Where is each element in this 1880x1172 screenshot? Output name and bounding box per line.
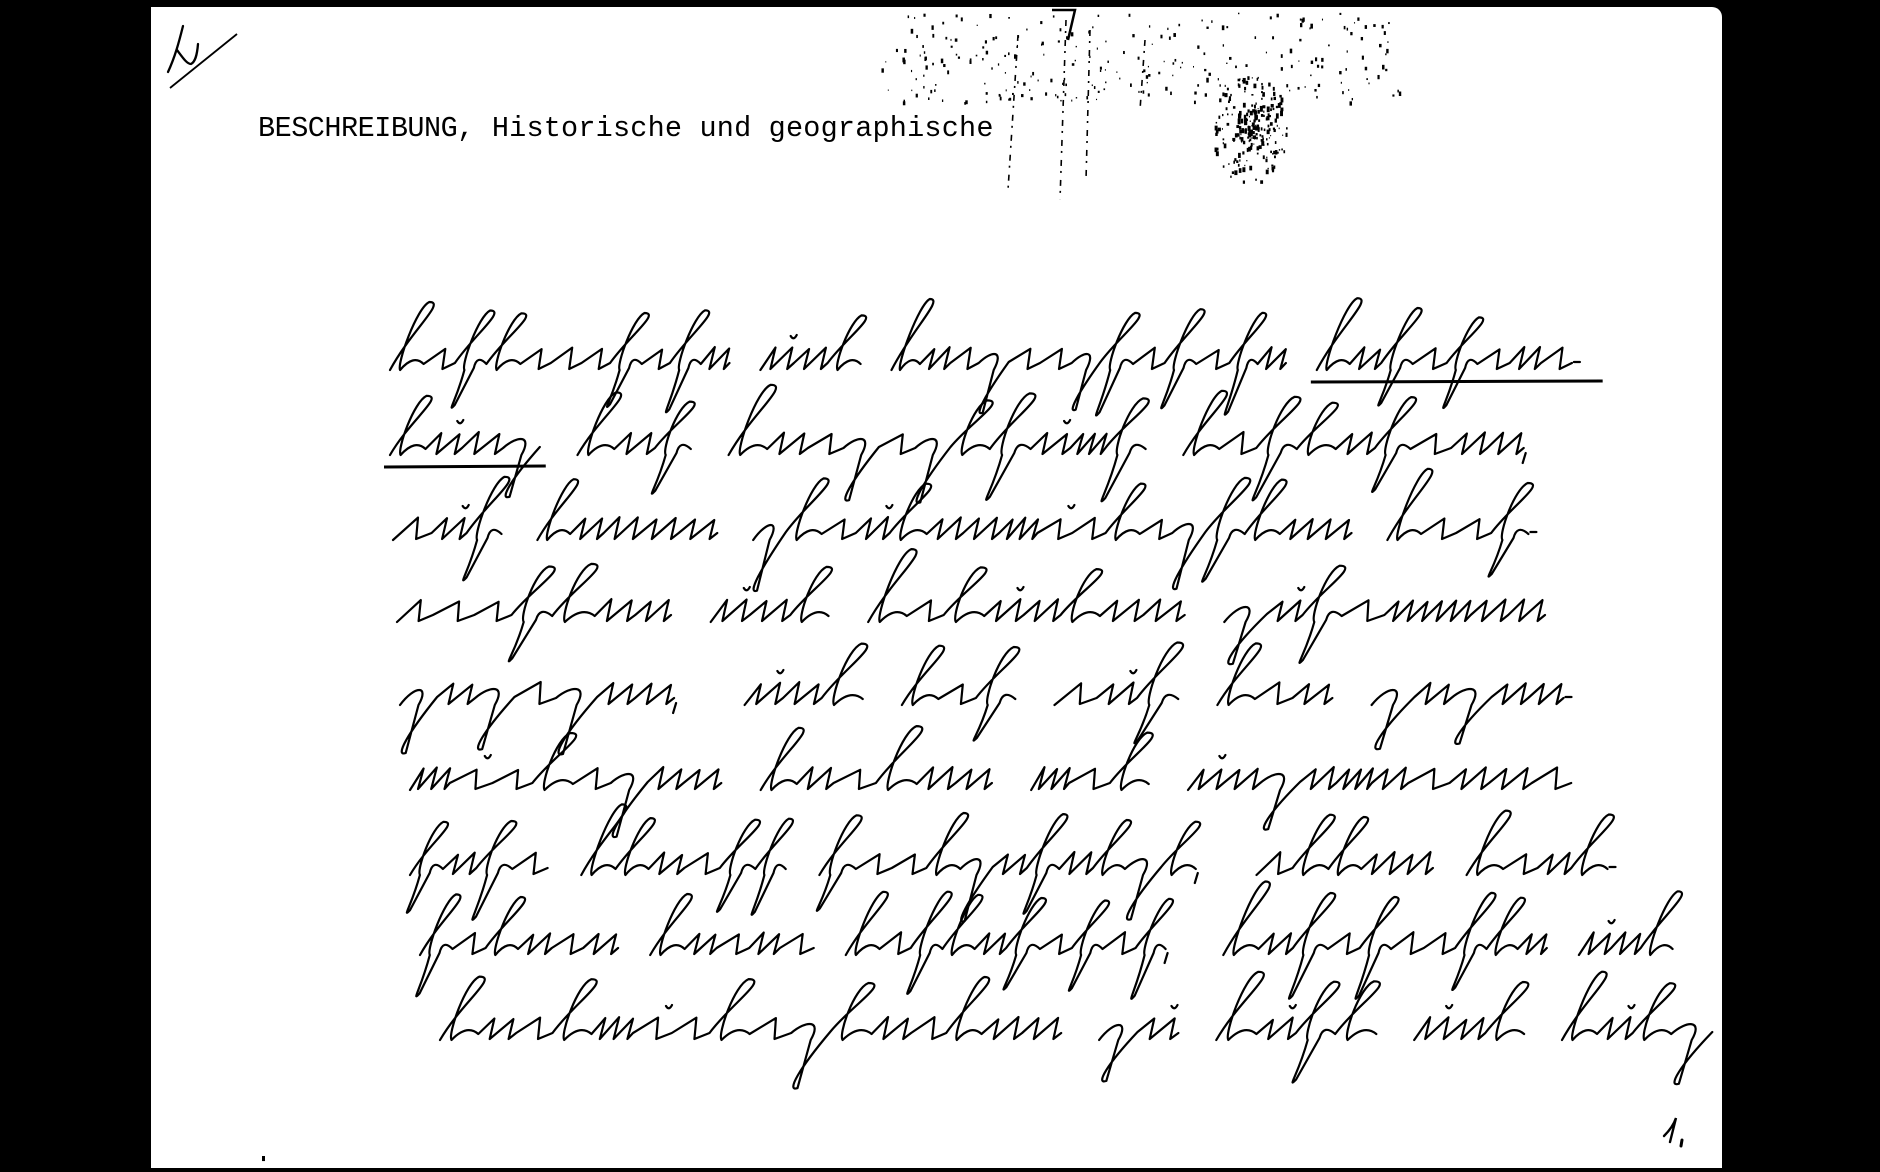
underline	[384, 466, 546, 467]
handwritten-line-4	[397, 549, 1545, 664]
handwritten-line-8	[416, 882, 1682, 999]
handwritten-line-6	[410, 726, 1571, 837]
handwritten-line-3	[393, 469, 1536, 591]
scan-bottom-border	[280, 1168, 1720, 1172]
handwritten-line-1	[390, 298, 1580, 415]
handwritten-line-9	[440, 972, 1712, 1089]
handwritten-line-2	[390, 385, 1526, 503]
page-number-mark	[1660, 1112, 1700, 1152]
underline	[1311, 381, 1603, 382]
handwritten-text	[0, 0, 1880, 1172]
handwritten-line-7	[407, 804, 1616, 921]
